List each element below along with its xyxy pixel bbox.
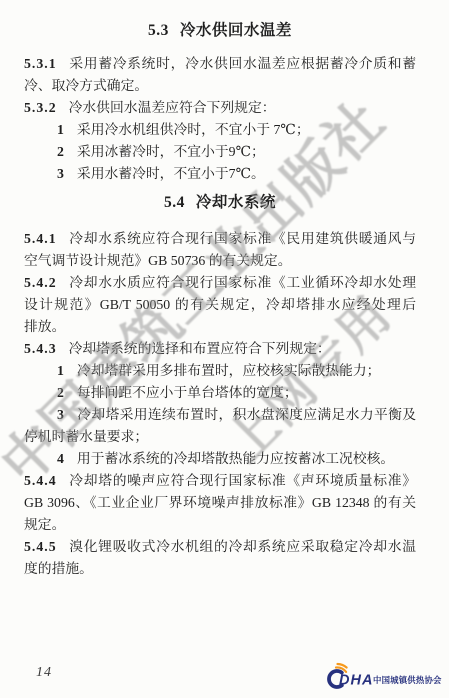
clause-number: 5.4.3 [24, 341, 57, 356]
item-number: 1 [57, 122, 64, 137]
clause-5-4-1-line-2: 空气调节设计规范》GB 50736 的有关规定。 [24, 250, 416, 272]
section-heading-5-3: 5.3冷水供回水温差 [24, 20, 416, 42]
clause-number: 5.4.4 [24, 473, 57, 488]
item-text: 用于蓄冰系统的冷却塔散热能力应按蓄冰工况校核。 [77, 451, 394, 466]
clause-5-4-5-line-1: 5.4.5溴化锂吸收式冷水机组的冷却系统应采取稳定冷却水温 [24, 536, 416, 558]
dha-logo: DHA 中国城镇供热协会 [324, 658, 446, 692]
item-text: 采用冰蓄冷时，不宜小于9℃； [77, 144, 265, 159]
clause-5-4-4-line-2: GB 3096、《工业企业厂界环境噪声排放标准》GB 12348 的有关 [24, 492, 416, 514]
list-item-4: 4用于蓄冰系统的冷却塔散热能力应按蓄冰工况校核。 [24, 448, 416, 470]
clause-5-4-4-line-3: 规定。 [24, 514, 416, 536]
clause-5-4-5-line-2: 度的措施。 [24, 558, 416, 580]
clause-number: 5.3.1 [24, 56, 57, 71]
section-number: 5.4 [164, 194, 185, 211]
clause-text: 冷却塔的噪声应符合现行国家标准《声环境质量标准》 [69, 473, 416, 488]
clause-5-4-2-line-1: 5.4.2冷却水水质应符合现行国家标准《工业循环冷却水处理 [24, 272, 416, 294]
clause-text: 采用蓄冷系统时，冷水供回水温差应根据蓄冷介质和蓄 [69, 56, 416, 71]
section-heading-5-4: 5.4冷却水系统 [24, 192, 416, 214]
clause-5-3-1-line-1: 5.3.1采用蓄冷系统时，冷水供回水温差应根据蓄冷介质和蓄 [24, 53, 416, 75]
section-title: 冷水供回水温差 [180, 22, 292, 39]
list-item-3: 3冷却塔采用连续布置时，积水盘深度应满足水力平衡及 [24, 404, 416, 426]
section-title: 冷却水系统 [196, 194, 276, 211]
clause-5-3-1-line-2: 冷、取冷方式确定。 [24, 75, 416, 97]
clause-5-4-1-line-1: 5.4.1冷却水系统应符合现行国家标准《民用建筑供暖通风与 [24, 228, 416, 250]
clause-text: 冷水供回水温差应符合下列规定： [69, 100, 276, 115]
clause-5-4-2-line-3: 排放。 [24, 316, 416, 338]
clause-5-4-2-line-2: 设计规范》GB/T 50050 的有关规定，冷却塔排水应经处理后 [24, 294, 416, 316]
item-text: 每排间距不应小于单台塔体的宽度； [77, 385, 298, 400]
list-item-2: 2每排间距不应小于单台塔体的宽度； [24, 382, 416, 404]
item-number: 4 [57, 451, 64, 466]
page-number: 14 [36, 665, 52, 681]
clause-number: 5.3.2 [24, 100, 57, 115]
page-content: 5.3冷水供回水温差 5.3.1采用蓄冷系统时，冷水供回水温差应根据蓄冷介质和蓄… [24, 20, 416, 580]
clause-5-4-4-line-1: 5.4.4冷却塔的噪声应符合现行国家标准《声环境质量标准》 [24, 470, 416, 492]
document-page: 5.3冷水供回水温差 5.3.1采用蓄冷系统时，冷水供回水温差应根据蓄冷介质和蓄… [0, 0, 449, 698]
logo-org-name: 中国城镇供热协会 [373, 675, 442, 685]
item-number: 2 [57, 385, 64, 400]
list-item-1: 1采用冷水机组供冷时，不宜小于 7℃； [24, 119, 416, 141]
dha-logo-graphic: DHA 中国城镇供热协会 [324, 658, 446, 692]
item-number: 1 [57, 363, 64, 378]
clause-5-4-3-line-1: 5.4.3冷却塔系统的选择和布置应符合下列规定： [24, 338, 416, 360]
clause-number: 5.4.1 [24, 231, 57, 246]
item-number: 3 [57, 166, 64, 181]
clause-text: 冷却水系统应符合现行国家标准《民用建筑供暖通风与 [69, 231, 416, 246]
clause-text: 冷却塔系统的选择和布置应符合下列规定： [69, 341, 331, 356]
item-text: 冷却塔群采用多排布置时，应校核实际散热能力； [77, 363, 381, 378]
logo-acronym: DHA [339, 673, 373, 689]
item-text: 采用水蓄冷时，不宜小于7℃。 [77, 166, 265, 181]
list-item-3: 3采用水蓄冷时，不宜小于7℃。 [24, 163, 416, 185]
list-item-1: 1冷却塔群采用多排布置时，应校核实际散热能力； [24, 360, 416, 382]
clause-number: 5.4.2 [24, 275, 57, 290]
list-item-3-continuation: 停机时蓄水量要求； [24, 426, 416, 448]
item-text: 冷却塔采用连续布置时，积水盘深度应满足水力平衡及 [77, 407, 416, 422]
item-text: 采用冷水机组供冷时，不宜小于 7℃； [77, 122, 310, 137]
clause-text: 溴化锂吸收式冷水机组的冷却系统应采取稳定冷却水温 [69, 539, 416, 554]
clause-number: 5.4.5 [24, 539, 57, 554]
item-number: 2 [57, 144, 64, 159]
item-number: 3 [57, 407, 64, 422]
list-item-2: 2采用冰蓄冷时，不宜小于9℃； [24, 141, 416, 163]
section-number: 5.3 [148, 22, 169, 39]
clause-5-3-2-line-1: 5.3.2冷水供回水温差应符合下列规定： [24, 97, 416, 119]
clause-text: 冷却水水质应符合现行国家标准《工业循环冷却水处理 [69, 275, 416, 290]
